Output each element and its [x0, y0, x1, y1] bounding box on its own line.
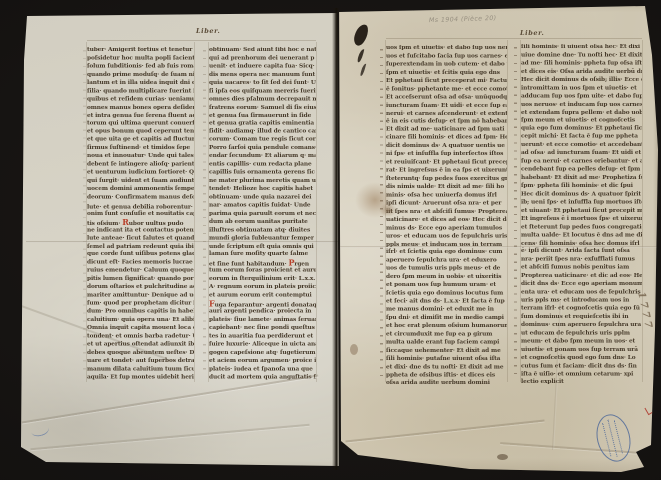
ruling-line	[316, 42, 317, 382]
crease-line	[345, 420, 544, 443]
photo-background: Liber. tuber· Amigerit fortius et tenetu…	[0, 0, 661, 480]
text-column-right-2: ſili hominis· ſi uiuent oſsa hec· Et dix…	[521, 44, 642, 390]
blue-pen-scribble	[30, 422, 50, 438]
text-column-left-2: obtinuam· Sed aiunt ſibi hoc ē natum· et…	[209, 47, 316, 387]
stain-spot	[497, 454, 508, 460]
stain-spot	[350, 344, 358, 355]
ruling-line	[87, 40, 316, 41]
rust-stain	[379, 203, 397, 217]
ruling-line	[507, 40, 508, 382]
red-ink-mark	[644, 405, 654, 415]
ruling-line	[386, 38, 642, 39]
ink-blot	[352, 23, 369, 47]
red-ink-mark	[16, 419, 20, 425]
prick-marks	[203, 50, 206, 376]
ruling-line	[194, 42, 195, 382]
library-stamp	[592, 411, 636, 466]
text-column-right-1: uos ſpm et uiuetis· et dabo ſup uos neru…	[386, 45, 507, 391]
running-title-right: Liber.	[520, 29, 544, 37]
page-gutter-shadow	[332, 8, 340, 470]
crease-line	[500, 442, 661, 456]
crease-line	[340, 246, 658, 248]
crease-line	[26, 241, 338, 243]
prick-marks	[514, 47, 517, 379]
crease-line	[30, 424, 309, 450]
running-title-left: Liber.	[196, 27, 220, 35]
